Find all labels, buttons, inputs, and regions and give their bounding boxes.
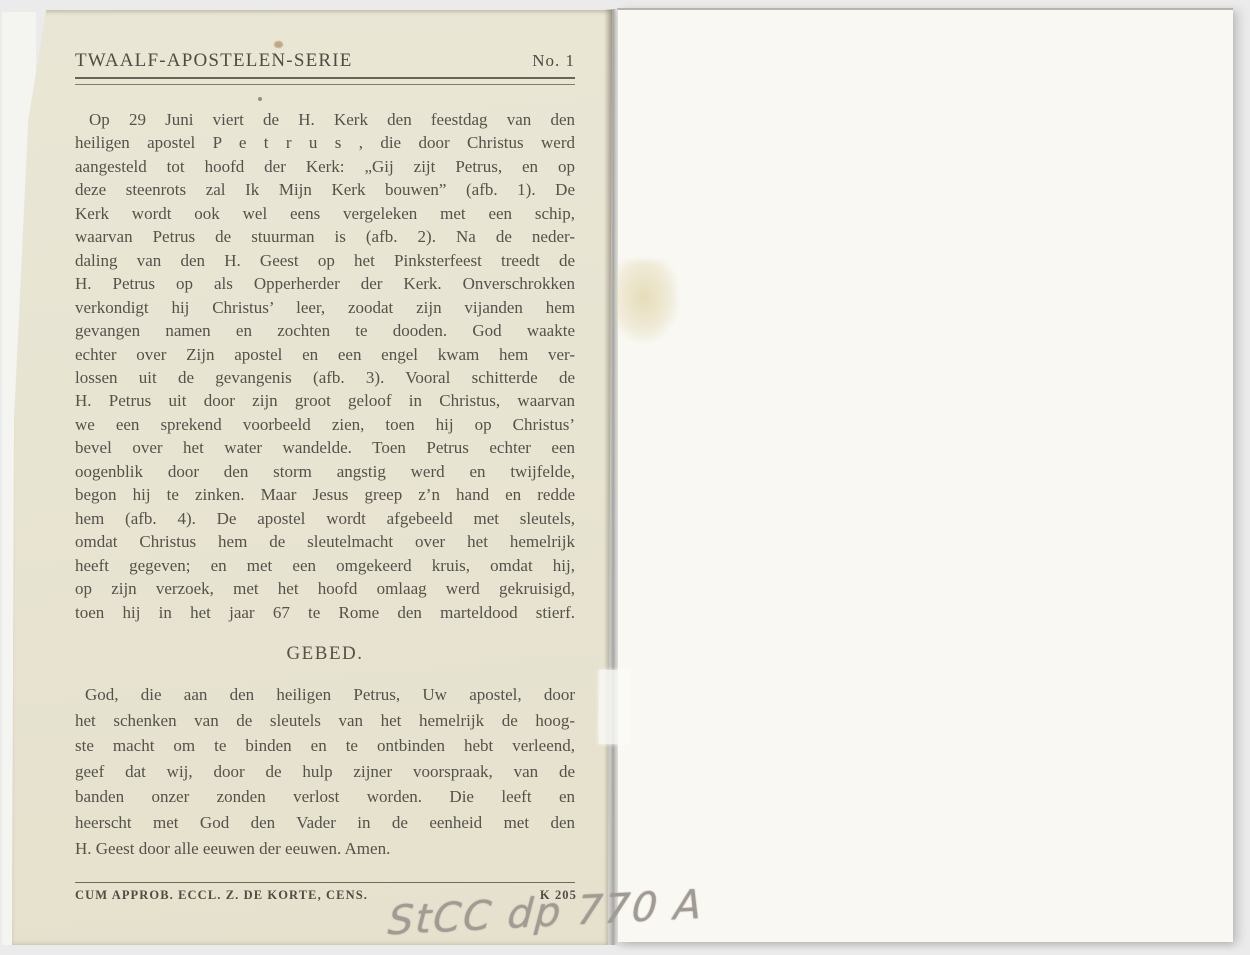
text-line: het schenken van de sleutels van het hem… <box>75 708 575 734</box>
text-line: heeft gegeven; en met een omgekeerd krui… <box>75 554 575 577</box>
text-line: op zijn verzoek, met het hoofd omlaag we… <box>75 577 575 600</box>
imprimatur-text: CUM APPROB. ECCL. Z. DE KORTE, CENS. <box>75 888 368 903</box>
text-line: Op 29 Juni viert de H. Kerk den feestdag… <box>75 108 575 131</box>
glue-stain-mark <box>616 260 678 342</box>
text-line: aangesteld tot hoofd der Kerk: „Gij zijt… <box>75 155 575 178</box>
text-line: bevel over het water wandelde. Toen Petr… <box>75 436 575 459</box>
text-line: banden onzer zonden verlost worden. Die … <box>75 784 575 810</box>
text-line: echter over Zijn apostel en een engel kw… <box>75 343 575 366</box>
text-line: H. Petrus uit door zijn groot geloof in … <box>75 389 575 412</box>
text-line: hem (afb. 4). De apostel wordt afgebeeld… <box>75 507 575 530</box>
text-line: Kerk wordt ook wel eens vergeleken met e… <box>75 202 575 225</box>
issue-number: No. 1 <box>532 51 575 71</box>
text-line: omdat Christus hem de sleutelmacht over … <box>75 530 575 553</box>
blank-facing-page <box>617 8 1233 942</box>
prayer-paragraph: God, die aan den heiligen Petrus, Uw apo… <box>75 682 575 861</box>
text-line: deze steenrots zal Ik Mijn Kerk bouwen” … <box>75 178 575 201</box>
page-header: TWAALF-APOSTELEN-SERIE No. 1 <box>75 50 575 72</box>
ink-dot-speck <box>258 97 262 101</box>
text-line: geef dat wij, door de hulp zijner voorsp… <box>75 759 575 785</box>
prayer-heading: GEBED. <box>75 643 575 665</box>
series-title: TWAALF-APOSTELEN-SERIE <box>75 50 353 72</box>
text-line: toen hij in het jaar 67 te Rome den mart… <box>75 601 575 624</box>
text-line: oogenblik door den storm angstig werd en… <box>75 460 575 483</box>
paper-speck <box>274 41 283 48</box>
text-line: daling van den H. Geest op het Pinksterf… <box>75 249 575 272</box>
printed-text-page: TWAALF-APOSTELEN-SERIE No. 1 Op 29 Juni … <box>12 10 612 945</box>
text-line: God, die aan den heiligen Petrus, Uw apo… <box>75 682 575 708</box>
text-line: lossen uit de gevangenis (afb. 3). Voora… <box>75 366 575 389</box>
text-line: heiligen apostel P e t r u s , die door … <box>75 131 575 154</box>
main-paragraph: Op 29 Juni viert de H. Kerk den feestdag… <box>75 108 575 624</box>
text-line: H. Geest door alle eeuwen der eeuwen. Am… <box>75 836 575 862</box>
text-line: verkondigt hij Christus’ leer, zoodat zi… <box>75 296 575 319</box>
text-line: begon hij te zinken. Maar Jesus greep z’… <box>75 483 575 506</box>
tape-residue-mark <box>599 670 630 744</box>
text-line: waarvan Petrus de stuurman is (afb. 2). … <box>75 225 575 248</box>
scan-background: TWAALF-APOSTELEN-SERIE No. 1 Op 29 Juni … <box>0 0 1250 955</box>
header-rule <box>75 77 575 85</box>
text-line: heerscht met God den Vader in de eenheid… <box>75 810 575 836</box>
footer-rule <box>75 882 575 883</box>
text-line: H. Petrus op als Opperherder der Kerk. O… <box>75 272 575 295</box>
text-line: ste macht om te binden en te ontbinden h… <box>75 733 575 759</box>
text-line: we een sprekend voorbeeld zien, toen hij… <box>75 413 575 436</box>
text-line: gevangen namen en zochten te dooden. God… <box>75 319 575 342</box>
